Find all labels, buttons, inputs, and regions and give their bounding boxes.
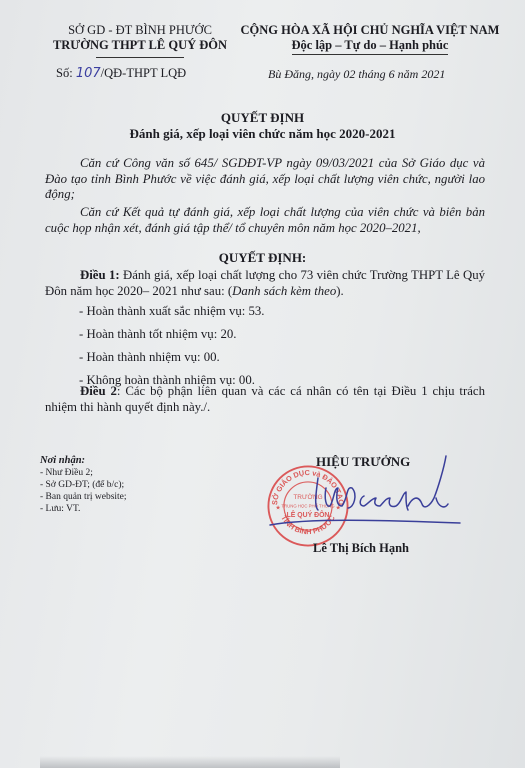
preamble-1: Căn cứ Công văn số 645/ SGDĐT-VP ngày 09… [45, 156, 485, 203]
recipient-item: - Lưu: VT. [40, 503, 127, 515]
place-date: Bù Đăng, ngày 02 tháng 6 năm 2021 [268, 67, 445, 82]
recipient-item: - Ban quản trị website; [40, 491, 127, 503]
nation-name: CỘNG HÒA XÃ HỘI CHỦ NGHĨA VIỆT NAM [225, 23, 515, 38]
recipient-item: - Sở GD-ĐT; (để b/c); [40, 479, 127, 491]
rating-item: - Hoàn thành nhiệm vụ: 00. [79, 350, 220, 365]
recipients: Nơi nhận: - Như Điều 2; - Sở GD-ĐT; (để … [40, 455, 127, 515]
article-1: Điều 1: Đánh giá, xếp loại chất lượng ch… [45, 268, 485, 299]
document-title: QUYẾT ĐỊNH Đánh giá, xếp loại viên chức … [0, 110, 525, 142]
title-subject: Đánh giá, xếp loại viên chức năm học 202… [0, 126, 525, 142]
article-2: Điều 2: Các bộ phận liên quan và các cá … [45, 384, 485, 415]
attachment-note: Danh sách kèm theo [232, 284, 336, 298]
rating-item: - Hoàn thành xuất sắc nhiệm vụ: 53. [79, 304, 265, 319]
preamble-2: Căn cứ Kết quả tự đánh giá, xếp loại chấ… [45, 205, 485, 236]
document-number: Số: 107/QĐ-THPT LQĐ [56, 66, 186, 81]
national-header: CỘNG HÒA XÃ HỘI CHỦ NGHĨA VIỆT NAM Độc l… [225, 23, 515, 53]
article-2-label: Điều 2 [80, 384, 117, 398]
recipients-label: Nơi nhận: [40, 455, 127, 467]
handwritten-signature-icon [268, 448, 468, 538]
decision-heading: QUYẾT ĐỊNH: [0, 250, 525, 266]
handwritten-number: 107 [76, 66, 101, 81]
rating-item: - Hoàn thành tốt nhiệm vụ: 20. [79, 327, 236, 342]
issuer-underline [96, 57, 184, 58]
issuer-school: TRƯỜNG THPT LÊ QUÝ ĐÔN [40, 38, 240, 53]
national-motto: Độc lập – Tự do – Hạnh phúc [292, 38, 449, 55]
title-main: QUYẾT ĐỊNH [0, 110, 525, 126]
article-1-label: Điều 1: [80, 268, 120, 282]
photo-edge-shadow [40, 756, 340, 768]
document-page: SỞ GD - ĐT BÌNH PHƯỚC TRƯỜNG THPT LÊ QUÝ… [0, 0, 525, 768]
issuer-block: SỞ GD - ĐT BÌNH PHƯỚC TRƯỜNG THPT LÊ QUÝ… [40, 23, 240, 58]
recipient-item: - Như Điều 2; [40, 467, 127, 479]
signer-name: Lê Thị Bích Hạnh [313, 541, 409, 556]
issuer-department: SỞ GD - ĐT BÌNH PHƯỚC [40, 23, 240, 38]
